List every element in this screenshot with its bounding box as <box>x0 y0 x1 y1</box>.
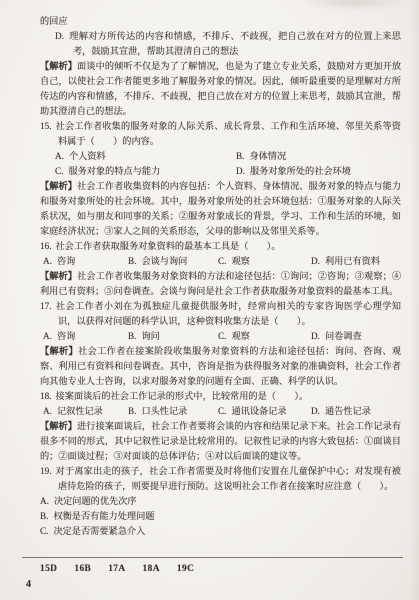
analysis-paragraph-15: 【解析】社会工作者收集资料的内容包括：个人资料、身体情况、服务对象的特点与能力和… <box>40 179 401 239</box>
analysis-paragraph-16: 【解析】社会工作者收集服务对象资料的方法和途径包括：①询问；②咨询；③观察；④利… <box>40 269 401 299</box>
option-text: 咨询 <box>57 256 75 266</box>
analysis-tag: 【解析】 <box>40 271 77 281</box>
scan-edge-shadow <box>409 0 419 600</box>
question-17-stem: 17.社会工作者小刘在为孤独症儿童提供服务时，经常向相关的专家咨询医学心理学知识… <box>40 299 401 329</box>
scanned-exam-page: 的回应 D.理解对方所传达的内容和情感，不排斥、不歧视，把自己放在对方的位置上来… <box>0 0 419 600</box>
answer-key-item: 18A <box>143 562 160 577</box>
option-label: B. <box>128 256 136 266</box>
option-a: A.个人资料 <box>55 149 236 164</box>
option-c: C.服务对象的特点与能力 <box>55 164 236 179</box>
option-c: C.通讯设备记录 <box>218 404 311 419</box>
option-text: 决定问题的优先次序 <box>54 496 137 506</box>
question-text: 社会工作者收集的服务对象的人际关系、成长背景、工作和生活环境、邻里关系等资料属于… <box>55 121 401 146</box>
analysis-text: 社会工作者收集资料的内容包括：个人资料、身体情况、服务对象的特点与能力和服务对象… <box>40 181 401 236</box>
option-label: C. <box>218 331 226 341</box>
option-text: 口头性记录 <box>141 406 187 416</box>
option-label: A. <box>43 331 52 341</box>
option-label: C. <box>40 526 48 536</box>
answer-key-item: 15D <box>40 562 57 577</box>
option-text: 服务对象的特点与能力 <box>68 166 160 176</box>
option-text: 观察 <box>231 256 249 266</box>
option-text: 身体情况 <box>249 151 286 161</box>
option-text: 通讯设备记录 <box>231 406 286 416</box>
option-label: D. <box>311 256 320 266</box>
answer-key-item: 19C <box>177 562 194 577</box>
question-number: 15. <box>40 121 51 131</box>
option-label: B. <box>128 406 136 416</box>
option-d: D.通告性记录 <box>311 404 401 419</box>
question-16-options-row: A.咨询 B.会谈与询问 C.观察 D.利用已有资料 <box>43 254 401 269</box>
question-18-options-row: A.记叙性记录 B.口头性记录 C.通讯设备记录 D.通告性记录 <box>43 404 401 419</box>
analysis-text: 面谈中的倾听不仅是为了了解情况，也是为了建立专业关系，鼓励对方更加开放自己，以使… <box>40 61 401 116</box>
option-label: B. <box>40 511 48 521</box>
option-text: 理解对方所传达的内容和情感，不排斥、不歧视，把自己放在对方的位置上来思考，鼓励其… <box>69 31 401 56</box>
option-a: A.咨询 <box>43 254 128 269</box>
option-c: C.观察 <box>218 254 311 269</box>
option-label: D. <box>55 31 64 41</box>
option-c: C.观察 <box>218 329 311 344</box>
question-text: 接案面谈后的社会工作记录的形式中，比较常用的是（ ）。 <box>55 391 308 401</box>
option-b: B.口头性记录 <box>128 404 218 419</box>
analysis-tag: 【解析】 <box>40 61 77 71</box>
option-label: A. <box>43 256 52 266</box>
question-number: 19. <box>40 466 51 476</box>
option-text: 问卷调查 <box>325 331 362 341</box>
option-d: D.问卷调查 <box>311 329 401 344</box>
analysis-text: 社会工作者收集服务对象资料的方法和途径包括：①询问；②咨询；③观察；④利用已有资… <box>40 271 401 296</box>
option-label: D. <box>311 406 320 416</box>
scan-smudge <box>300 0 410 10</box>
answer-key-item: 17A <box>108 562 125 577</box>
prev-option-d: D.理解对方所传达的内容和情感，不排斥、不歧视，把自己放在对方的位置上来思考，鼓… <box>40 29 401 59</box>
answer-key: 15D 16B 17A 18A 19C <box>40 562 194 577</box>
option-d: D.服务对象所处的社会环境 <box>236 164 401 179</box>
question-19-option-b: B.权衡是否有能力处理问题 <box>40 509 401 524</box>
question-17-options-row: A.咨询 B.询问 C.观察 D.问卷调查 <box>43 329 401 344</box>
option-label: C. <box>218 406 226 416</box>
option-b: B.会谈与询问 <box>128 254 218 269</box>
question-18-stem: 18.接案面谈后的社会工作记录的形式中，比较常用的是（ ）。 <box>40 389 401 404</box>
option-label: C. <box>218 256 226 266</box>
option-text: 观察 <box>231 331 249 341</box>
question-text: 社会工作者小刘在为孤独症儿童提供服务时，经常向相关的专家咨询医学心理学知识，以获… <box>55 301 401 326</box>
question-19-option-c: C.决定是否需要紧急介入 <box>40 524 401 539</box>
analysis-paragraph-18: 【解析】进行接案面谈后，社会工作者要将会谈的内容和结果记录下来。社会工作记录有很… <box>40 419 401 464</box>
option-label: A. <box>40 496 49 506</box>
option-text: 权衡是否有能力处理问题 <box>53 511 154 521</box>
option-text: 个人资料 <box>69 151 106 161</box>
question-15-options-row-1: A.个人资料 B.身体情况 <box>55 149 401 164</box>
page-number: 4 <box>26 577 31 592</box>
option-label: A. <box>43 406 52 416</box>
question-19-stem: 19.对于离家出走的孩子，社会工作者需要及时将他们安置在儿童保护中心；对发现有被… <box>40 464 401 494</box>
question-number: 17. <box>40 301 51 311</box>
option-text: 服务对象所处的社会环境 <box>250 166 351 176</box>
option-text: 通告性记录 <box>325 406 371 416</box>
analysis-paragraph-17: 【解析】社会工作者在接案阶段收集服务对象资料的方法和途径包括：询问、咨询、观察、… <box>40 344 401 389</box>
option-d: D.利用已有资料 <box>311 254 401 269</box>
analysis-paragraph-prev: 【解析】面谈中的倾听不仅是为了了解情况，也是为了建立专业关系，鼓励对方更加开放自… <box>40 59 401 119</box>
analysis-text: 进行接案面谈后，社会工作者要将会谈的内容和结果记录下来。社会工作记录有很多不同的… <box>40 421 401 461</box>
question-19-option-a: A.决定问题的优先次序 <box>40 494 401 509</box>
question-15-stem: 15.社会工作者收集的服务对象的人际关系、成长背景、工作和生活环境、邻里关系等资… <box>40 119 401 149</box>
option-a: A.咨询 <box>43 329 128 344</box>
option-text: 会谈与询问 <box>141 256 187 266</box>
question-number: 16. <box>40 241 51 251</box>
option-text: 咨询 <box>57 331 75 341</box>
option-label: B. <box>128 331 136 341</box>
question-number: 18. <box>40 391 51 401</box>
option-a: A.记叙性记录 <box>43 404 128 419</box>
answer-key-item: 16B <box>74 562 91 577</box>
question-16-stem: 16.社会工作者获取服务对象资料的最基本工具是（ ）。 <box>40 239 401 254</box>
analysis-tag: 【解析】 <box>40 346 78 356</box>
question-text: 社会工作者获取服务对象资料的最基本工具是（ ）。 <box>55 241 280 251</box>
option-b: B.身体情况 <box>236 149 401 164</box>
question-15-options-row-2: C.服务对象的特点与能力 D.服务对象所处的社会环境 <box>55 164 401 179</box>
option-label: D. <box>236 166 245 176</box>
footer-rule <box>22 557 403 558</box>
body-text: 的回应 D.理解对方所传达的内容和情感，不排斥、不歧视，把自己放在对方的位置上来… <box>40 14 401 539</box>
option-label: D. <box>311 331 320 341</box>
analysis-tag: 【解析】 <box>40 421 77 431</box>
option-text: 询问 <box>141 331 159 341</box>
question-text: 对于离家出走的孩子，社会工作者需要及时将他们安置在儿童保护中心；对发现有被虐待危… <box>55 466 401 491</box>
option-text: 记叙性记录 <box>57 406 103 416</box>
analysis-text: 社会工作者在接案阶段收集服务对象资料的方法和途径包括：询问、咨询、观察、利用已有… <box>40 346 401 386</box>
option-text: 利用已有资料 <box>325 256 380 266</box>
prev-option-tail: 的回应 <box>40 14 401 29</box>
analysis-tag: 【解析】 <box>40 181 77 191</box>
option-label: A. <box>55 151 64 161</box>
option-label: B. <box>236 151 244 161</box>
option-text: 决定是否需要紧急介入 <box>53 526 145 536</box>
option-b: B.询问 <box>128 329 218 344</box>
option-label: C. <box>55 166 63 176</box>
